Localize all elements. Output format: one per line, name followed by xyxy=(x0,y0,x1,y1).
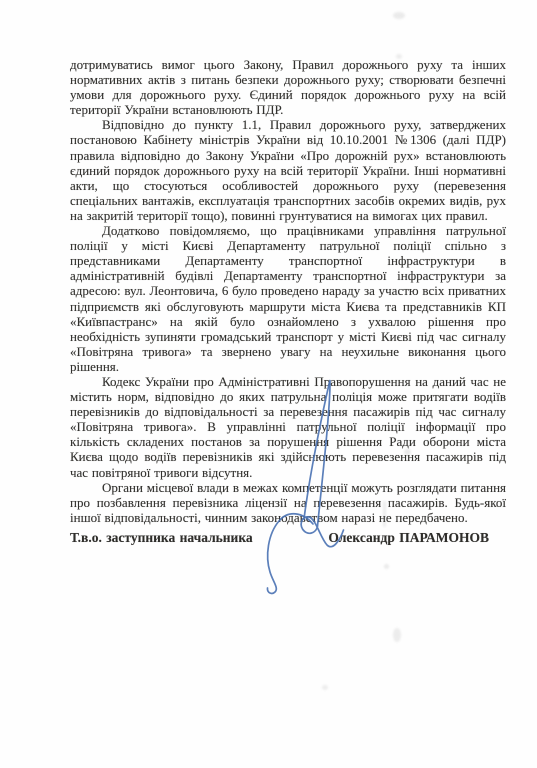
scan-speck xyxy=(396,54,402,59)
scan-speck xyxy=(322,685,328,690)
letter-paragraph: Органи місцевої влади в межах компетенці… xyxy=(70,480,506,525)
scanned-letter-page: дотримуватись вимог цього Закону, Правил… xyxy=(0,0,537,768)
scan-speck xyxy=(404,449,411,455)
scan-speck xyxy=(393,12,405,19)
letter-paragraph: Кодекс України про Адміністративні Право… xyxy=(70,374,506,480)
letter-paragraph: Відповідно до пункту 1.1, Правил дорожнь… xyxy=(70,117,506,223)
scan-speck xyxy=(383,501,386,527)
signature-block: Т.в.о. заступника начальника Олександр П… xyxy=(70,530,506,546)
letter-paragraph: дотримуватись вимог цього Закону, Правил… xyxy=(70,57,506,117)
signature-stroke xyxy=(267,514,313,594)
scan-speck xyxy=(384,564,389,569)
signer-name: Олександр ПАРАМОНОВ xyxy=(328,530,489,546)
letter-paragraph: Додатково повідомляємо, що працівниками … xyxy=(70,223,506,374)
letter-body: дотримуватись вимог цього Закону, Правил… xyxy=(70,57,506,525)
scan-speck xyxy=(393,628,401,642)
signer-title: Т.в.о. заступника начальника xyxy=(70,530,253,546)
